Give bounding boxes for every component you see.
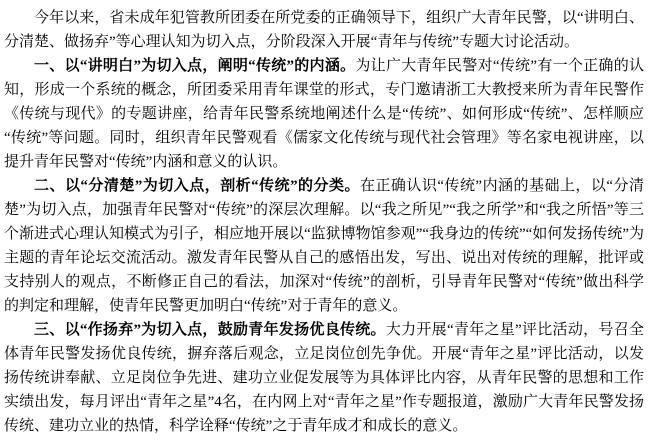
section-2-heading: 二、以“分清楚”为切入点，剖析“传统”的分类。 — [34, 178, 360, 194]
document-body: 今年以来，省未成年犯管教所团委在所党委的正确领导下，组织广大青年民警，以“讲明白… — [0, 0, 651, 445]
paragraph-section-2: 二、以“分清楚”为切入点，剖析“传统”的分类。在正确认识“传统”内涵的基础上，以… — [4, 174, 644, 318]
section-1-heading: 一、以“讲明白”为切入点，阐明“传统”的内涵。 — [34, 58, 355, 74]
paragraph-intro: 今年以来，省未成年犯管教所团委在所党委的正确领导下，组织广大青年民警，以“讲明白… — [4, 6, 644, 54]
paragraph-section-3: 三、以“作扬弃”为切入点，鼓励青年发扬优良传统。大力开展“青年之星”评比活动，号… — [4, 318, 644, 438]
intro-text: 今年以来，省未成年犯管教所团委在所党委的正确领导下，组织广大青年民警，以“讲明白… — [4, 10, 644, 50]
section-3-body: 大力开展“青年之星”评比活动，号召全体青年民警发扬优良传统，摒弃落后观念，立足岗… — [4, 322, 644, 434]
section-3-heading: 三、以“作扬弃”为切入点，鼓励青年发扬优良传统。 — [34, 322, 386, 338]
section-2-body: 在正确认识“传统”内涵的基础上，以“分清楚”为切入点，加强青年民警对“传统”的深… — [4, 178, 644, 314]
paragraph-section-1: 一、以“讲明白”为切入点，阐明“传统”的内涵。为让广大青年民警对“传统”有一个正… — [4, 54, 644, 174]
section-1-body: 为让广大青年民警对“传统”有一个正确的认知，形成一个系统的概念，所团委采用青年课… — [4, 58, 644, 170]
